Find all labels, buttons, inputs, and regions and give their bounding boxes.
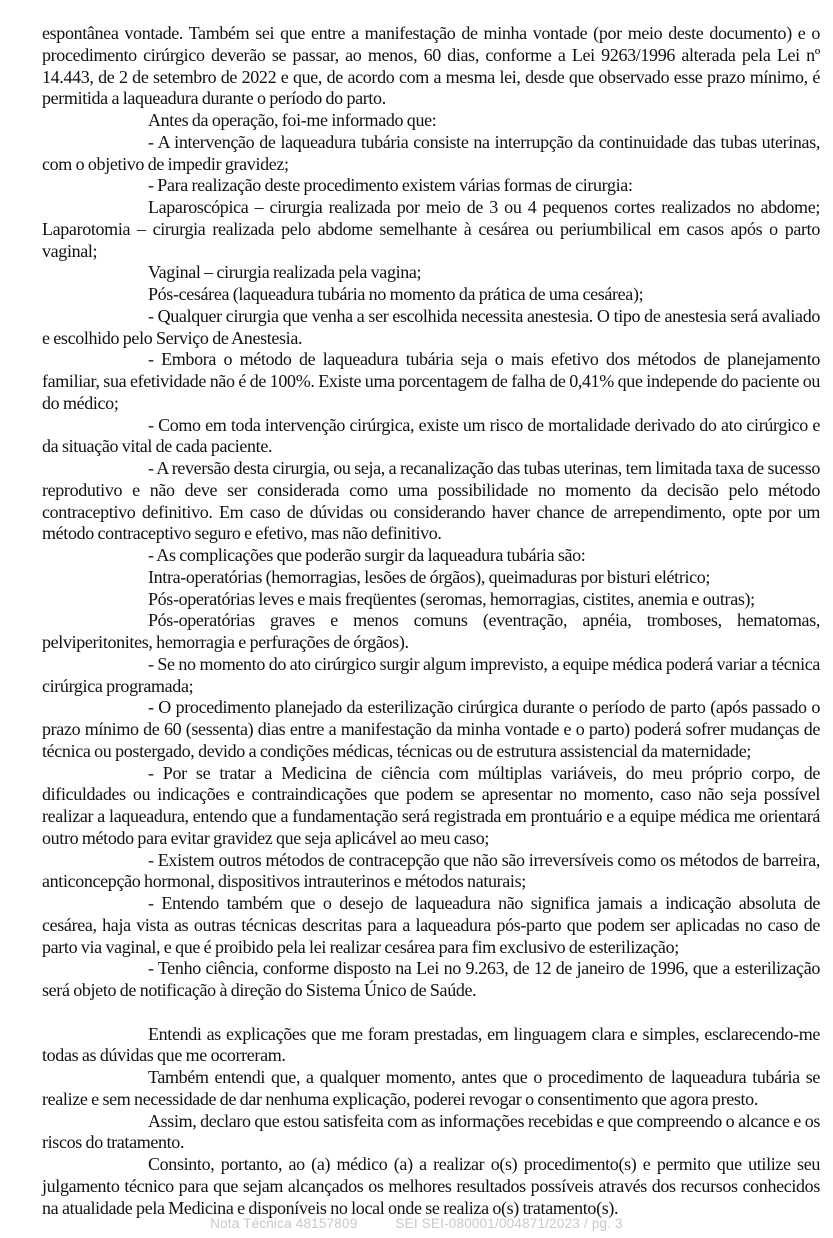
paragraph-intraoperative: Intra-operatórias (hemorragias, lesões d… [42,567,820,589]
page-footer: Nota Técnica 48157809SEI SEI-080001/0048… [0,1216,833,1231]
blank-line [42,1002,820,1024]
paragraph-effectiveness: - Embora o método de laqueadura tubária … [42,349,820,414]
paragraph-reversal: - A reversão desta cirurgia, ou seja, a … [42,458,820,545]
paragraph-other-methods: - Existem outros métodos de contracepção… [42,850,820,894]
paragraph-vaginal: Vaginal – cirurgia realizada pela vagina… [42,262,820,284]
paragraph-unforeseen: - Se no momento do ato cirúrgico surgir … [42,654,820,698]
paragraph-postoperative-severe: Pós-operatórias graves e menos comuns (e… [42,610,820,654]
paragraph-declaration: Assim, declaro que estou satisfeita com … [42,1111,820,1155]
paragraph-intervention-definition: - A intervenção de laqueadura tubária co… [42,132,820,176]
paragraph-planned-procedure: - O procedimento planejado da esteriliza… [42,697,820,762]
paragraph-revoke-consent: Também entendi que, a qualquer momento, … [42,1067,820,1111]
paragraph-mortality-risk: - Como em toda intervenção cirúrgica, ex… [42,415,820,459]
paragraph-understood-explanations: Entendi as explicações que me foram pres… [42,1024,820,1068]
paragraph-cesarean-not-indicated: - Entendo também que o desejo de laquead… [42,893,820,958]
paragraph-notification: - Tenho ciência, conforme disposto na Le… [42,958,820,1002]
paragraph-anesthesia: - Qualquer cirurgia que venha a ser esco… [42,306,820,350]
footer-technical-note: Nota Técnica 48157809 [210,1216,357,1231]
paragraph-medicine-variables: - Por se tratar a Medicina de ciência co… [42,763,820,850]
paragraph-consent: Consinto, portanto, ao (a) médico (a) a … [42,1154,820,1219]
paragraph-post-cesarean: Pós-cesárea (laqueadura tubária no momen… [42,284,820,306]
footer-process-page: SEI SEI-080001/004871/2023 / pg. 3 [395,1216,622,1231]
paragraph-before-operation: Antes da operação, foi-me informado que: [42,110,820,132]
paragraph-surgery-forms: - Para realização deste procedimento exi… [42,175,820,197]
paragraph-voluntary-will: espontânea vontade. Também sei que entre… [42,23,820,110]
paragraph-postoperative-mild: Pós-operatórias leves e mais freqüentes … [42,589,820,611]
paragraph-laparoscopic: Laparoscópica – cirurgia realizada por m… [42,197,820,262]
paragraph-complications-intro: - As complicações que poderão surgir da … [42,545,820,567]
document-page: espontânea vontade. Também sei que entre… [42,23,820,1219]
